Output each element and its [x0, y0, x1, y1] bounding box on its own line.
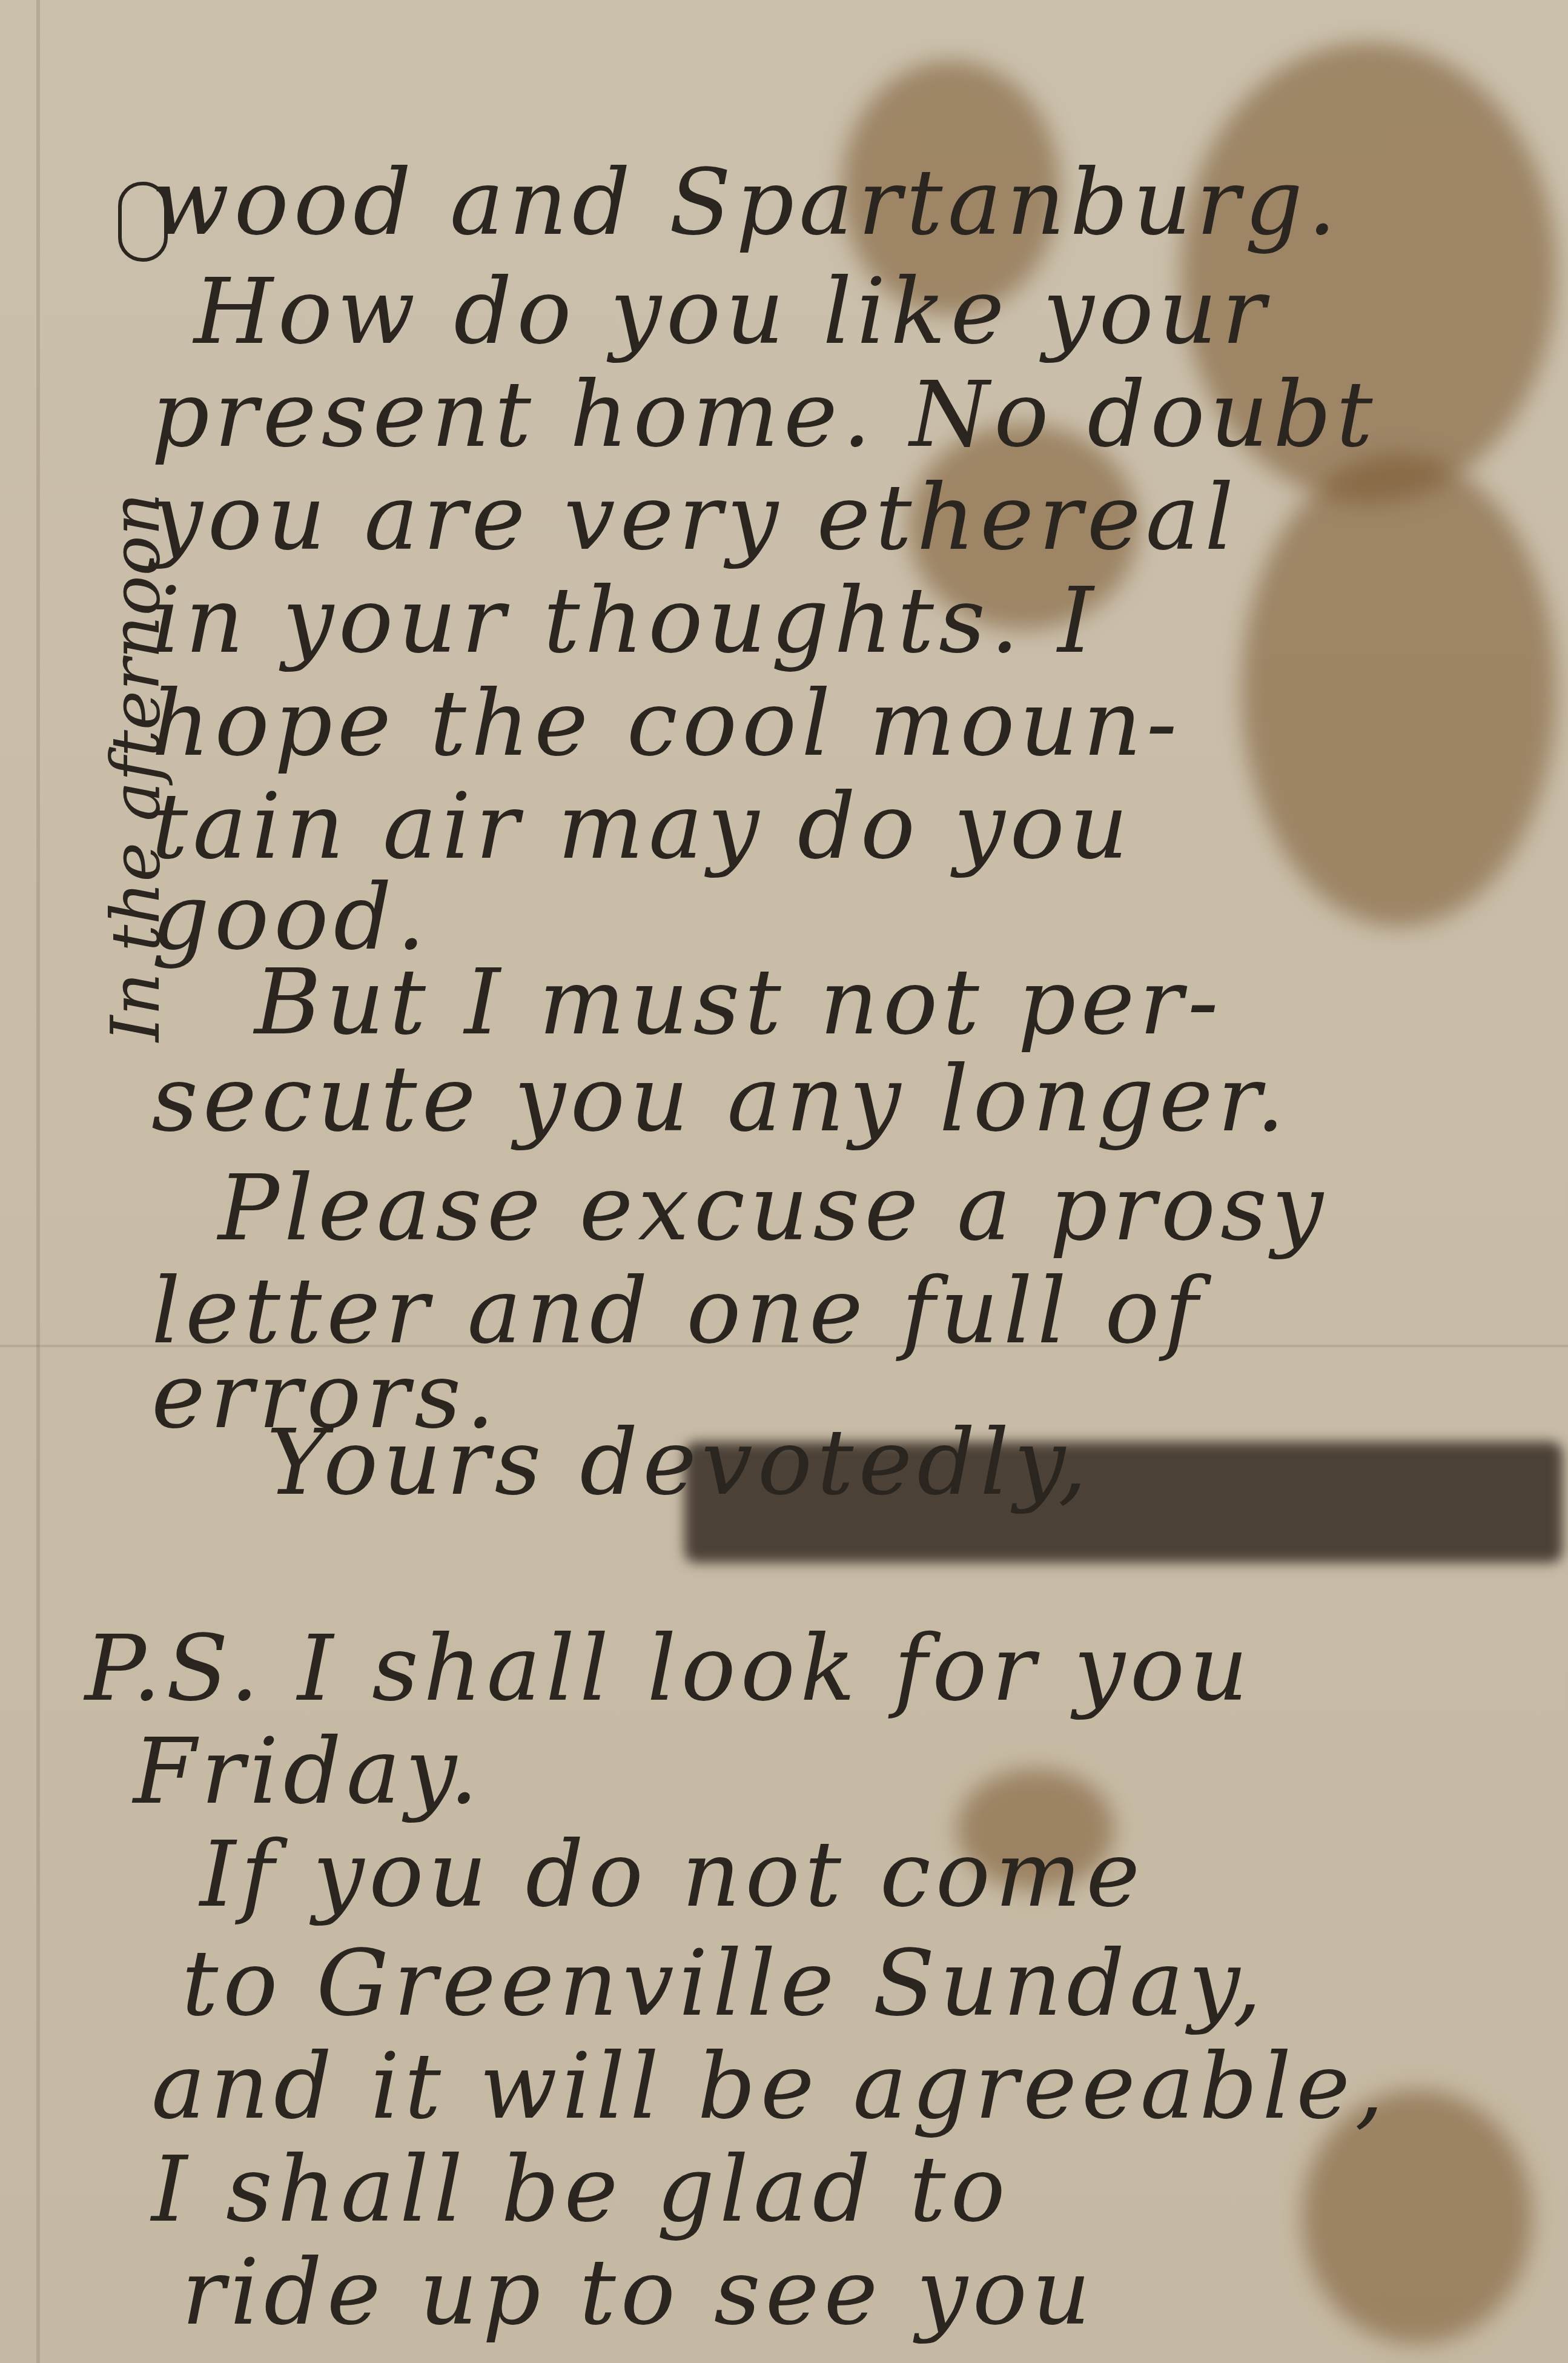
ps-line-4: to Greenville Sunday, — [182, 1938, 1266, 2029]
body-line-2: How do you like your — [194, 267, 1270, 357]
ps-line-6: I shall be glad to — [151, 2144, 1010, 2235]
ps-line-3: If you do not come — [200, 1829, 1145, 1920]
closing-line: Yours devotedly, — [266, 1417, 1092, 1508]
body-line-6: hope the cool moun- — [151, 678, 1182, 769]
body-line-4: you are very ethereal — [151, 472, 1239, 563]
ps-line-2: Friday. — [133, 1726, 483, 1817]
letter-page: In the afternoon wood and Spartanburg. H… — [0, 0, 1568, 2363]
body-line-9: But I must not per- — [254, 957, 1223, 1048]
paper-fold-vertical — [36, 0, 40, 2363]
body-line-3: present home. No doubt — [151, 370, 1378, 460]
body-line-7: tain air may do you — [151, 781, 1133, 872]
body-line-5: in your thoughts. I — [151, 575, 1099, 666]
body-line-11: Please excuse a prosy — [218, 1163, 1328, 1254]
ps-line-1: P.S. I shall look for you — [85, 1623, 1253, 1714]
body-line-1: wood and Spartanburg. — [151, 157, 1341, 248]
stain-right-middle — [1242, 454, 1556, 927]
body-line-10: secute you any longer. — [151, 1054, 1289, 1145]
ps-line-7: ride up to see you — [182, 2247, 1096, 2338]
ps-line-5: and it will be agreeable, — [151, 2041, 1389, 2132]
